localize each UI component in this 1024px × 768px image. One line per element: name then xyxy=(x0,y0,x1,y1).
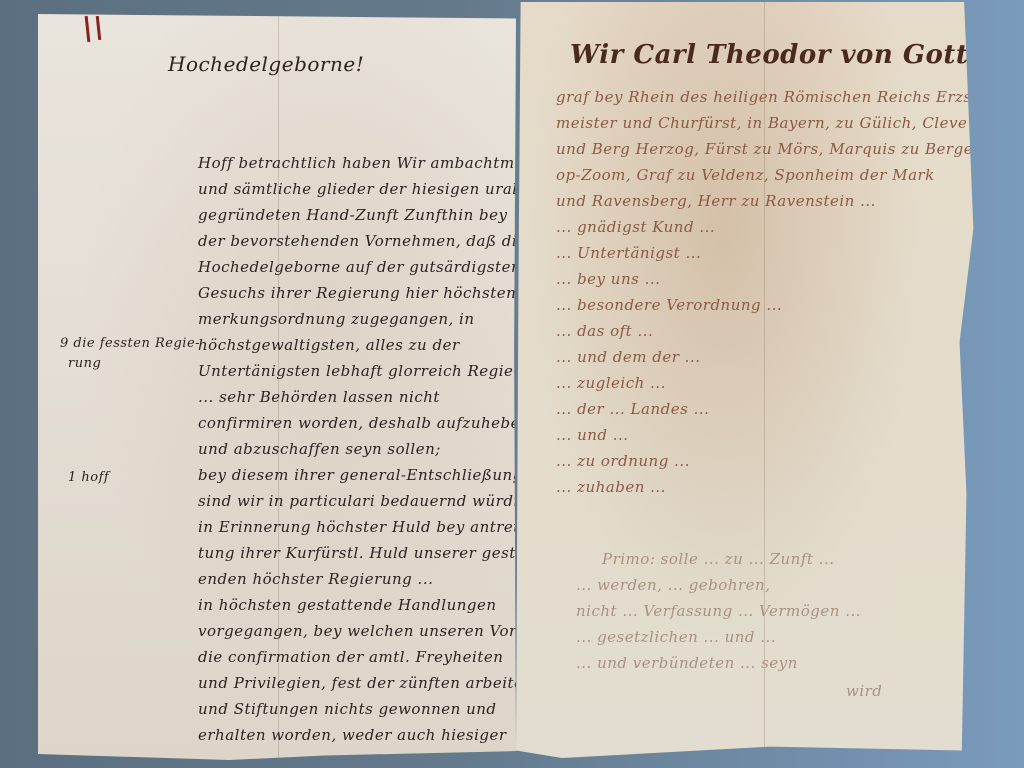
margin-note: 9 die fessten Regie- xyxy=(60,336,200,351)
text-line: meister und Churfürst, in Bayern, zu Gül… xyxy=(556,114,967,132)
text-line: und Privilegien, fest der zünften arbeit… xyxy=(198,674,534,692)
red-ink-mark xyxy=(96,16,101,40)
text-line: und sämtliche glieder der hiesigen uralt… xyxy=(198,180,541,198)
left-manuscript-sheet: Hochedelgeborne! 9 die fessten Regie- ru… xyxy=(38,14,516,760)
text-line: ... zuhaben ... xyxy=(556,478,666,496)
text-line: ... und ... xyxy=(556,426,629,444)
text-line: ... besondere Verordnung ... xyxy=(556,296,782,314)
text-line: in höchsten gestattende Handlungen xyxy=(198,596,497,614)
text-line: ... der ... Landes ... xyxy=(556,400,709,418)
text-line: Hochedelgeborne auf der gutsärdigsten xyxy=(198,258,521,276)
text-line: erhalten worden, weder auch hiesiger xyxy=(198,726,507,744)
text-line: gegründeten Hand-Zunft Zunfthin bey xyxy=(198,206,508,224)
text-line: enden höchster Regierung ... xyxy=(198,570,433,588)
text-line: graf bey Rhein des heiligen Römischen Re… xyxy=(556,88,1021,106)
text-line: ... gnädigst Kund ... xyxy=(556,218,715,236)
text-line: merkungsordnung zugegangen, in xyxy=(198,310,475,328)
text-line: und Berg Herzog, Fürst zu Mörs, Marquis … xyxy=(556,140,989,158)
text-line: ... Untertänigst ... xyxy=(556,244,701,262)
red-ink-mark xyxy=(85,16,91,42)
salutation: Hochedelgeborne! xyxy=(168,52,364,76)
text-line: bey diesem ihrer general-Entschließung xyxy=(198,466,523,484)
text-line: ... und verbündeten ... seyn xyxy=(576,654,798,672)
right-manuscript-sheet: Wir Carl Theodor von Gottes Gnaden Pfalz… xyxy=(516,2,978,758)
text-line: ... das oft ... xyxy=(556,322,653,340)
text-line: wird xyxy=(846,682,882,700)
text-line: und Stiftungen nichts gewonnen und xyxy=(198,700,497,718)
text-line: in Erinnerung höchster Huld bey antret- xyxy=(198,518,525,536)
text-line: und Ravensberg, Herr zu Ravenstein ... xyxy=(556,192,876,210)
text-line: ... zu ordnung ... xyxy=(556,452,690,470)
text-line: sind wir in particulari bedauernd würdig xyxy=(198,492,529,510)
margin-note: 1 hoff xyxy=(68,470,109,485)
text-line: ... zugleich ... xyxy=(556,374,666,392)
text-line: ... und dem der ... xyxy=(556,348,700,366)
text-line: die confirmation der amtl. Freyheiten xyxy=(198,648,503,666)
text-line: op-Zoom, Graf zu Veldenz, Sponheim der M… xyxy=(556,166,935,184)
document-heading: Wir Carl Theodor von Gottes Gnaden Pfalz… xyxy=(570,40,1024,70)
text-line: confirmiren worden, deshalb aufzuheben xyxy=(198,414,530,432)
margin-note: rung xyxy=(68,356,101,371)
text-line: ... bey uns ... xyxy=(556,270,660,288)
text-line: Untertänigsten lebhaft glorreich Regie- xyxy=(198,362,519,380)
text-line: der bevorstehenden Vornehmen, daß die xyxy=(198,232,527,250)
text-line: Gesuchs ihrer Regierung hier höchsten xyxy=(198,284,516,302)
text-line: vorgegangen, bey welchen unseren Vorzüg xyxy=(198,622,545,640)
text-line: höchstgewaltigsten, alles zu der xyxy=(198,336,460,354)
text-line: ... gesetzlichen ... und ... xyxy=(576,628,776,646)
text-line: und abzuschaffen seyn sollen; xyxy=(198,440,441,458)
text-line: ... werden, ... gebohren, xyxy=(576,576,770,594)
text-line: Hoff betrachtlich haben Wir ambachtmeist… xyxy=(198,154,561,172)
text-line: Primo: solle ... zu ... Zunft ... xyxy=(602,550,834,568)
text-line: tung ihrer Kurfürstl. Huld unserer geste… xyxy=(198,544,541,562)
text-line: ... sehr Behörden lassen nicht xyxy=(198,388,440,406)
text-line: nicht ... Verfassung ... Vermögen ... xyxy=(576,602,861,620)
